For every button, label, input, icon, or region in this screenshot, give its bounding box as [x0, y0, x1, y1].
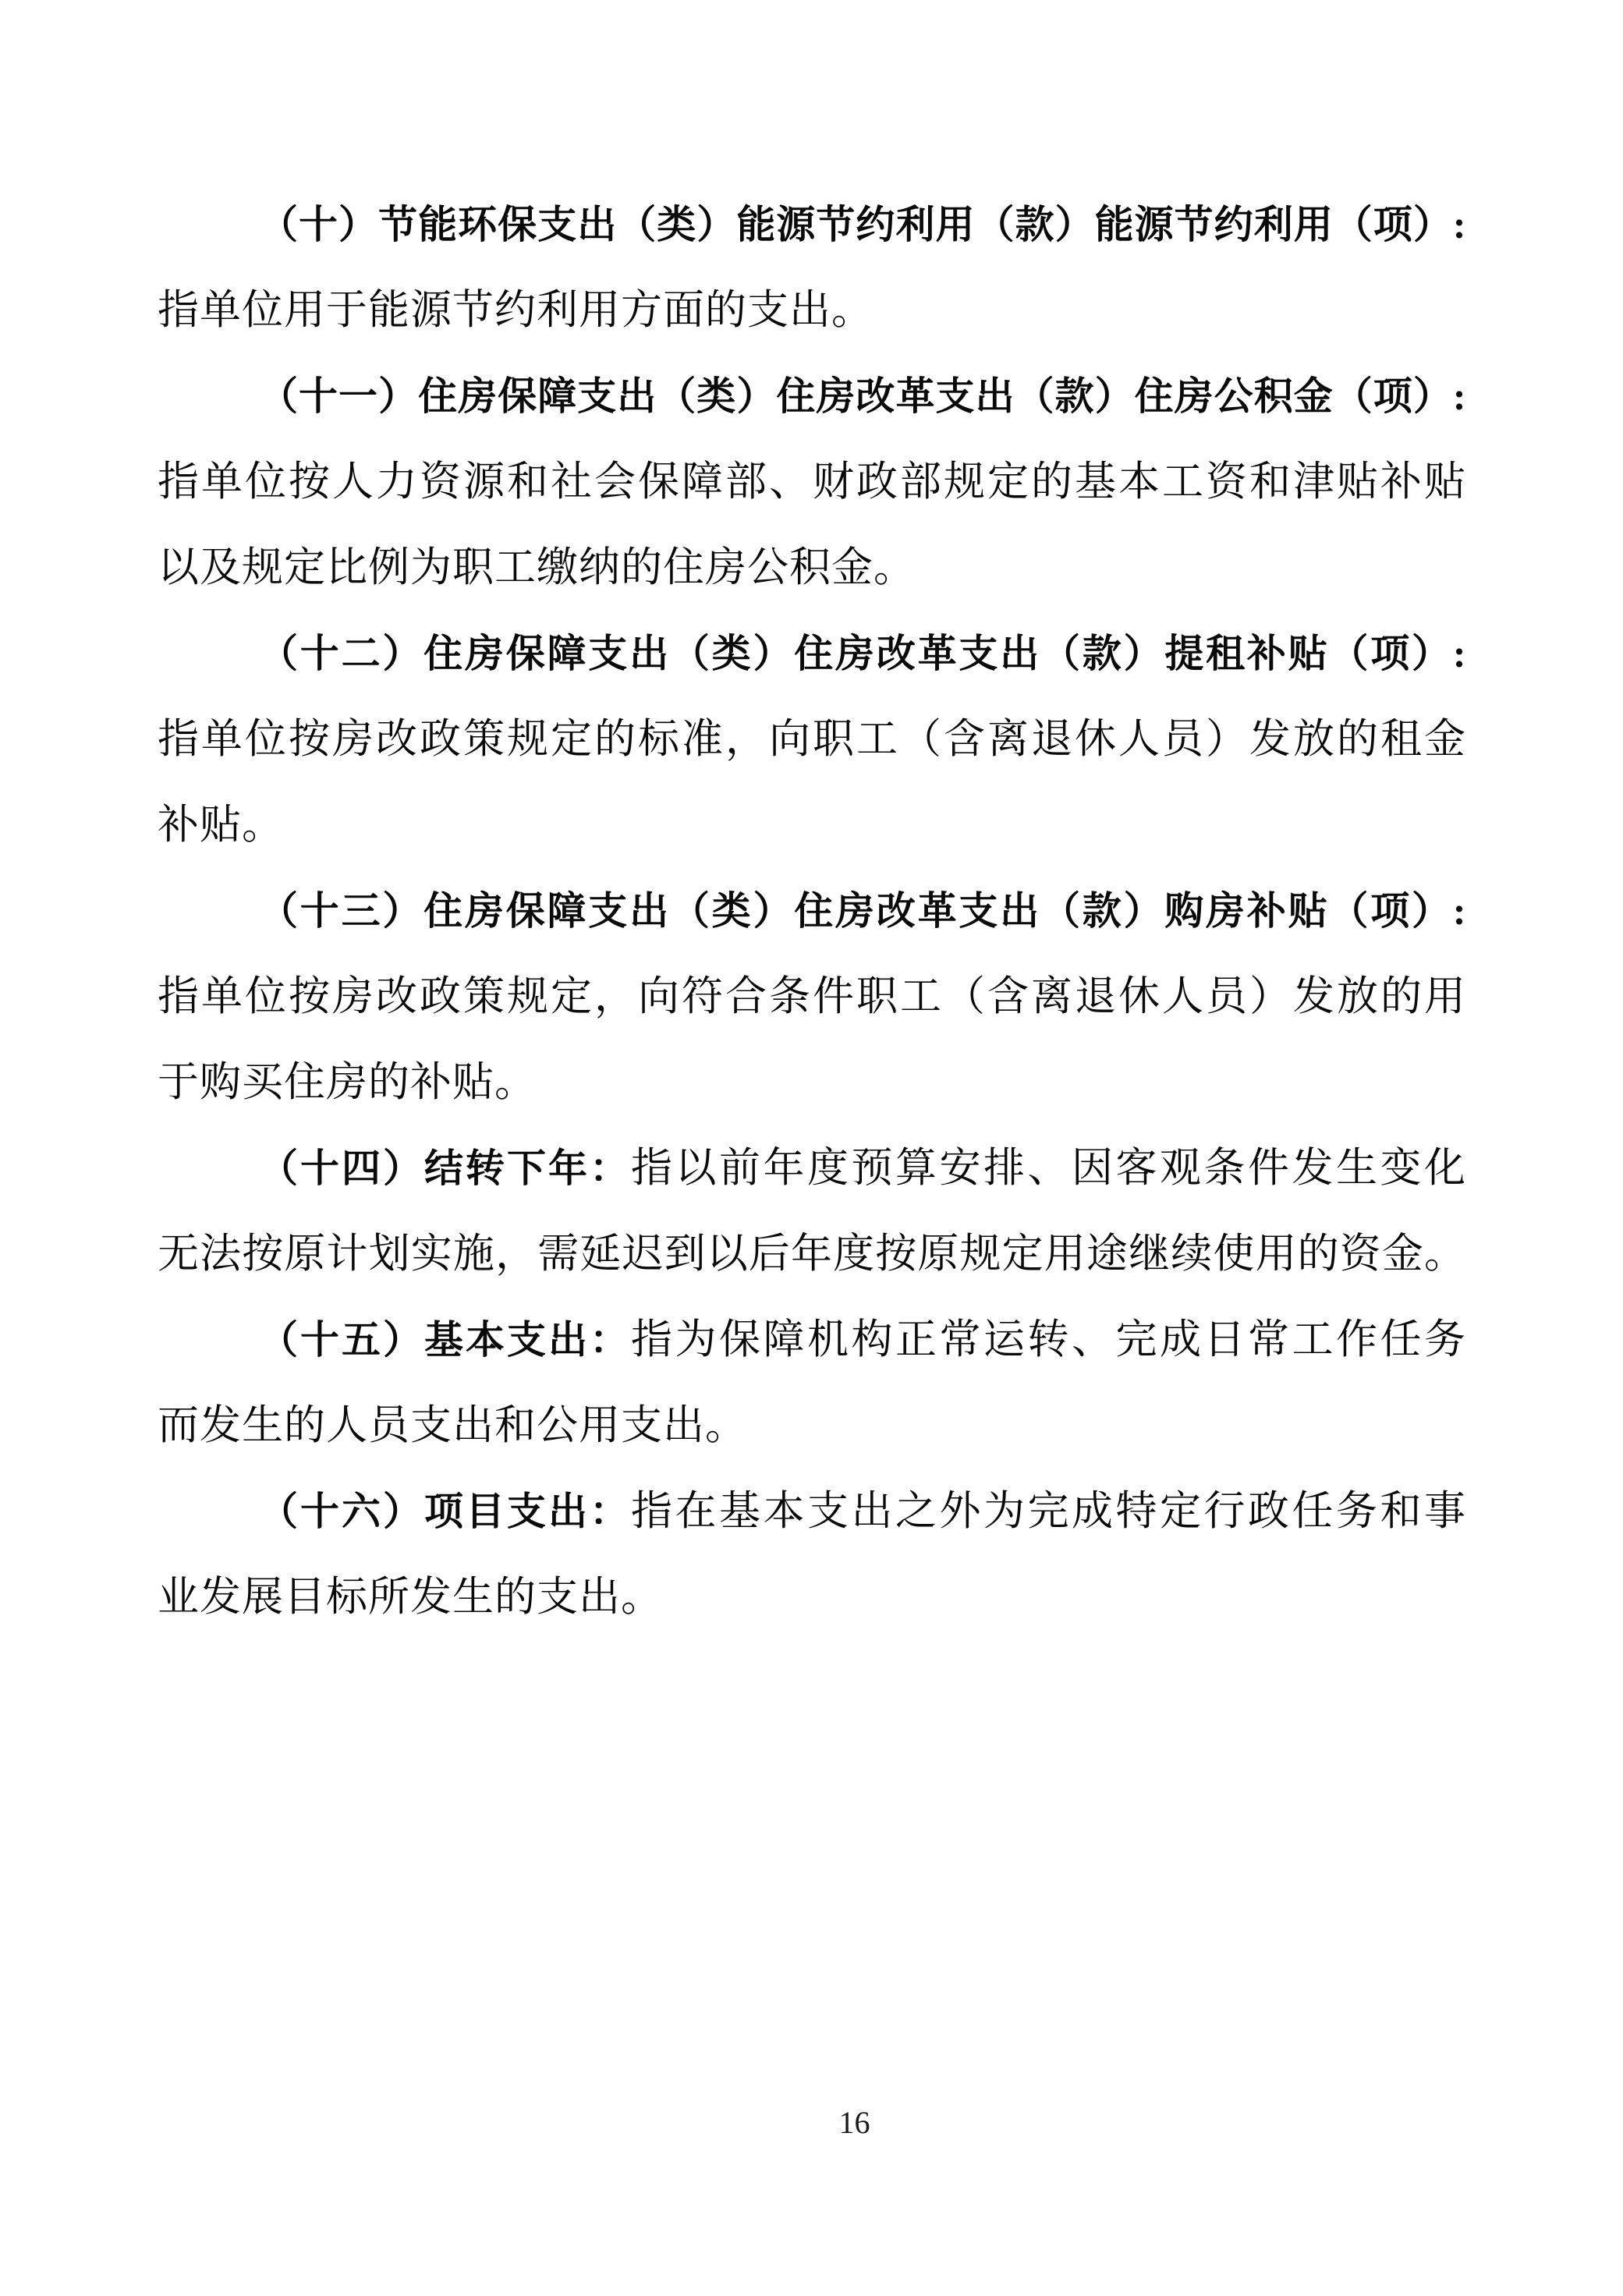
text-line-clause-十六-1: （十六）项目支出：指在基本支出之外为完成特定行政任务和事	[158, 1469, 1466, 1554]
clause-body-text: 补贴。	[158, 803, 284, 848]
text-line-clause-十一-3: 以及规定比例为职工缴纳的住房公积金。	[158, 525, 1466, 611]
text-line-clause-十三-1: （十三）住房保障支出（类）住房改革支出（款）购房补贴（项）:	[158, 868, 1466, 954]
text-line-clause-十一-1: （十一）住房保障支出（类）住房改革支出（款）住房公积金（项）:	[158, 353, 1466, 439]
text-line-clause-十五-1: （十五）基本支出：指为保障机构正常运转、完成日常工作任务	[158, 1297, 1466, 1383]
text-line-clause-十三-2: 指单位按房改政策规定，向符合条件职工（含离退休人员）发放的用	[158, 954, 1466, 1040]
clause-heading-text: （十五）基本支出：	[259, 1318, 631, 1362]
text-line-clause-十-2: 指单位用于能源节约利用方面的支出。	[158, 268, 1466, 353]
text-line-clause-十二-2: 指单位按房改政策规定的标准，向职工（含离退休人员）发放的租金	[158, 696, 1466, 782]
clause-body-text: 指单位按房改政策规定的标准，向职工（含离退休人员）发放的租金	[158, 717, 1466, 762]
clause-heading-text: （十六）项目支出：	[259, 1490, 631, 1533]
page-footer: 16	[0, 2104, 1623, 2142]
clause-heading-text: （十二）住房保障支出（类）住房改革支出（款）提租补贴（项）:	[259, 632, 1466, 675]
document-text-block: （十）节能环保支出（类）能源节约利用（款）能源节约利用（项）:指单位用于能源节约…	[158, 182, 1466, 1640]
text-line-clause-十五-2: 而发生的人员支出和公用支出。	[158, 1383, 1466, 1469]
text-line-clause-十-1: （十）节能环保支出（类）能源节约利用（款）能源节约利用（项）:	[158, 182, 1466, 268]
text-line-clause-十三-3: 于购买住房的补贴。	[158, 1040, 1466, 1125]
clause-heading-text: （十四）结转下年：	[259, 1146, 631, 1190]
clause-body-text: 而发生的人员支出和公用支出。	[158, 1403, 747, 1448]
clause-body-text: 以及规定比例为职工缴纳的住房公积金。	[158, 545, 916, 590]
clause-body-text: 指在基本支出之外为完成特定行政任务和事	[631, 1489, 1466, 1534]
clause-body-text: 业发展目标所发生的支出。	[158, 1575, 663, 1620]
text-line-clause-十二-1: （十二）住房保障支出（类）住房改革支出（款）提租补贴（项）:	[158, 611, 1466, 696]
clause-heading-text: （十一）住房保障支出（类）住房改革支出（款）住房公积金（项）:	[259, 374, 1466, 418]
clause-body-text: 指以前年度预算安排、因客观条件发生变化	[631, 1146, 1466, 1191]
clause-body-text: 指单位按房改政策规定，向符合条件职工（含离退休人员）发放的用	[158, 974, 1466, 1019]
clause-body-text: 指单位用于能源节约利用方面的支出。	[158, 288, 874, 333]
clause-heading-text: （十）节能环保支出（类）能源节约利用（款）能源节约利用（项）:	[259, 203, 1466, 246]
clause-body-text: 指单位按人力资源和社会保障部、财政部规定的基本工资和津贴补贴	[158, 459, 1466, 505]
text-line-clause-十一-2: 指单位按人力资源和社会保障部、财政部规定的基本工资和津贴补贴	[158, 439, 1466, 525]
text-line-clause-十四-1: （十四）结转下年：指以前年度预算安排、因客观条件发生变化	[158, 1125, 1466, 1211]
page-number: 16	[839, 2105, 870, 2140]
clause-body-text: 于购买住房的补贴。	[158, 1060, 537, 1105]
text-line-clause-十四-2: 无法按原计划实施，需延迟到以后年度按原规定用途继续使用的资金。	[158, 1211, 1466, 1297]
clause-body-text: 无法按原计划实施，需延迟到以后年度按原规定用途继续使用的资金。	[158, 1231, 1466, 1277]
document-page: （十）节能环保支出（类）能源节约利用（款）能源节约利用（项）:指单位用于能源节约…	[0, 0, 1623, 2296]
clause-heading-text: （十三）住房保障支出（类）住房改革支出（款）购房补贴（项）:	[259, 889, 1466, 933]
text-line-clause-十六-2: 业发展目标所发生的支出。	[158, 1554, 1466, 1640]
clause-body-text: 指为保障机构正常运转、完成日常工作任务	[631, 1317, 1466, 1362]
text-line-clause-十二-3: 补贴。	[158, 782, 1466, 868]
